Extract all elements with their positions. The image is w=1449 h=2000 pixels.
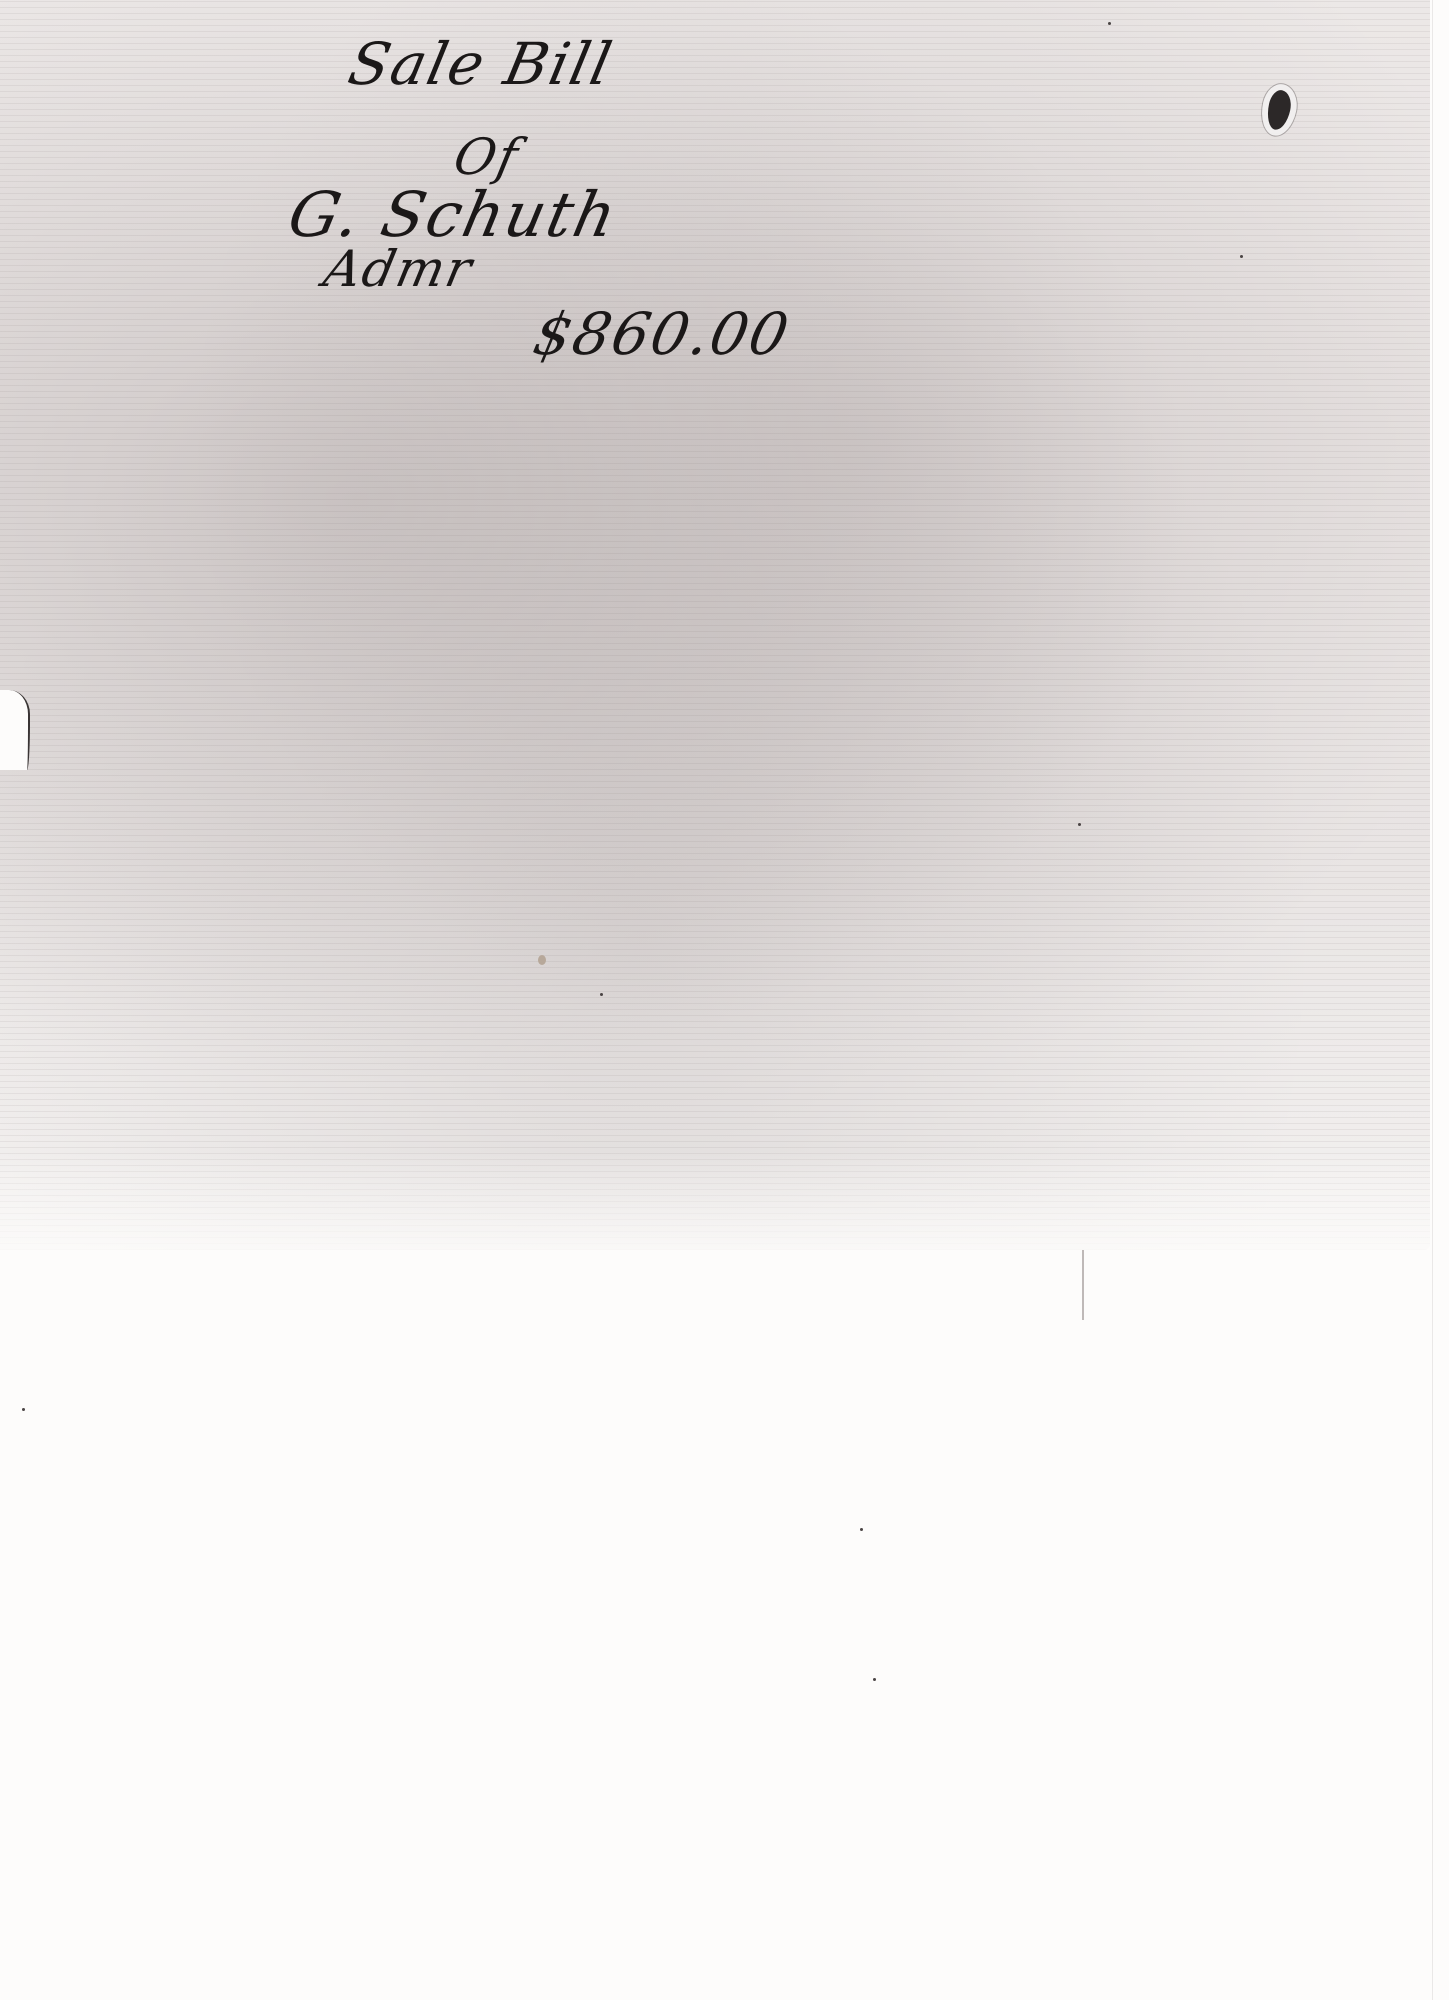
stain-spot (538, 955, 546, 965)
speck (22, 1408, 25, 1411)
page-right-edge (1432, 0, 1449, 2000)
speck (860, 1528, 863, 1531)
speck (1240, 255, 1243, 258)
speck (873, 1678, 876, 1681)
administrator-role: Admr (319, 240, 479, 298)
speck (1078, 823, 1081, 826)
scanned-page: Sale Bill Of G. Schuth Admr $860.00 (0, 0, 1449, 2000)
ruled-paper-sheet (0, 0, 1430, 1250)
paper-tear-mark (0, 690, 30, 770)
speck (600, 993, 603, 996)
paper-edge-mark (1082, 1250, 1084, 1320)
sheet-bottom-fade (0, 1150, 1449, 1270)
document-title: Sale Bill (343, 30, 619, 98)
sale-amount: $860.00 (528, 300, 796, 368)
speck (1108, 22, 1111, 25)
